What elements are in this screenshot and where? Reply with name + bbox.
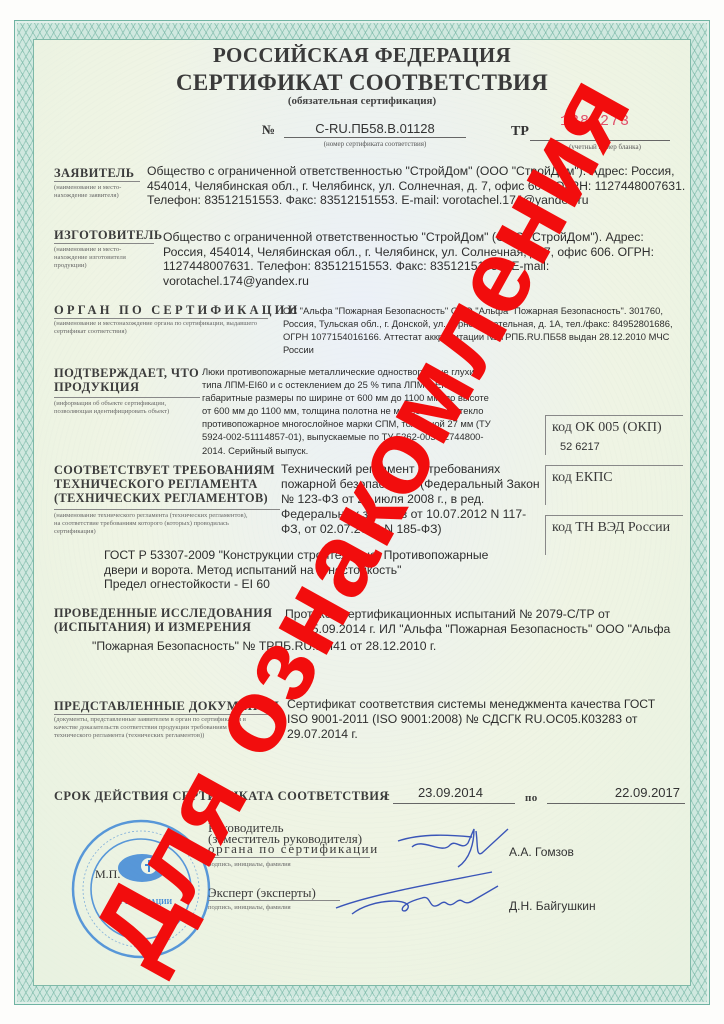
documents-label: ПРЕДСТАВЛЕННЫЕ ДОКУМЕНТЫ bbox=[54, 699, 279, 713]
regulation-label-underline bbox=[54, 509, 280, 510]
certificate-number-caption: (номер сертификата соответствия) bbox=[284, 140, 466, 148]
tests-text-line3: "Пожарная Безопасность" № ТРПБ.RU.ИН41 о… bbox=[92, 639, 436, 654]
svg-text:СЕРТИФИКАЦИИ: СЕРТИФИКАЦИИ bbox=[110, 898, 173, 906]
head-label-3: органа по сертификации bbox=[208, 842, 379, 856]
tests-text-line2: 15.09.2014 г. ИЛ "Альфа "Пожарная Безопа… bbox=[305, 622, 670, 637]
number-prefix: № bbox=[262, 122, 275, 138]
okp-code-label: код ОК 005 (ОКП) bbox=[552, 420, 683, 436]
document-title: СЕРТИФИКАТ СООТВЕТСТВИЯ bbox=[0, 70, 724, 96]
validity-to-line bbox=[547, 803, 685, 804]
applicant-label: ЗАЯВИТЕЛЬ bbox=[54, 166, 134, 180]
certificate-number-line bbox=[284, 137, 466, 138]
manufacturer-text: Общество с ограниченной ответственностью… bbox=[163, 230, 683, 288]
documents-text: Сертификат соответствия системы менеджме… bbox=[287, 697, 679, 742]
applicant-label-underline bbox=[54, 181, 140, 182]
documents-hint: (документы, представленные заявителем в … bbox=[54, 716, 254, 741]
manufacturer-label-underline bbox=[54, 243, 154, 244]
manufacturer-label: ИЗГОТОВИТЕЛЬ bbox=[54, 228, 163, 242]
seal-mark: М.П. bbox=[95, 867, 120, 882]
expert-signature-caption: подпись, инициалы, фамилия bbox=[208, 904, 291, 912]
document-subtitle: (обязательная сертификация) bbox=[0, 95, 724, 107]
product-text: Люки противопожарные металлические однос… bbox=[202, 365, 497, 457]
cert-body-hint: (наименование и местонахождение органа п… bbox=[54, 320, 274, 336]
country-heading: РОССИЙСКАЯ ФЕДЕРАЦИЯ bbox=[0, 43, 724, 68]
ekps-code-label: код ЕКПС bbox=[552, 470, 683, 486]
expert-label: Эксперт (эксперты) bbox=[208, 886, 316, 900]
applicant-text: Общество с ограниченной ответственностью… bbox=[147, 164, 687, 208]
fire-resistance: Предел огнестойкости - EI 60 bbox=[104, 577, 270, 592]
head-name: А.А. Гомзов bbox=[509, 845, 574, 859]
tnved-code-label: код ТН ВЭД России bbox=[552, 520, 683, 536]
regulation-label: СООТВЕТСТВУЕТ ТРЕБОВАНИЯМ ТЕХНИЧЕСКОГО Р… bbox=[54, 463, 289, 505]
product-hint: (информация об объекте сертификации, поз… bbox=[54, 400, 202, 416]
validity-from-line bbox=[393, 803, 515, 804]
head-signature-line bbox=[208, 857, 370, 858]
okp-code-box: код ОК 005 (ОКП) 52 6217 bbox=[545, 415, 683, 455]
cert-body-label-underline bbox=[54, 318, 268, 319]
okp-code-value: 52 6217 bbox=[560, 441, 683, 453]
blank-number: 1386273 bbox=[560, 113, 630, 130]
validity-from-prefix: с bbox=[384, 789, 390, 803]
product-label-underline bbox=[54, 397, 200, 398]
tests-text-line1: Протокол сертификационных испытаний № 20… bbox=[285, 607, 610, 622]
blank-number-caption: (учетный номер бланка) bbox=[540, 143, 670, 151]
tnved-code-box: код ТН ВЭД России bbox=[545, 515, 683, 555]
validity-to-prefix: по bbox=[525, 791, 538, 805]
cert-body-label: ОРГАН ПО СЕРТИФИКАЦИИ bbox=[54, 303, 301, 317]
blank-number-line bbox=[530, 140, 670, 141]
regulation-text: Технический регламент о требованиях пожа… bbox=[281, 462, 543, 537]
validity-from-date: 23.09.2014 bbox=[393, 785, 508, 800]
regulation-standard: ГОСТ Р 53307-2009 "Конструкции строитель… bbox=[104, 548, 524, 577]
expert-name: Д.Н. Байгушкин bbox=[509, 899, 596, 913]
applicant-hint: (наименование и место-нахождение заявите… bbox=[54, 184, 144, 200]
tests-label: ПРОВЕДЕННЫЕ ИССЛЕДОВАНИЯ (ИСПЫТАНИЯ) И И… bbox=[54, 606, 284, 634]
blank-prefix: ТР bbox=[511, 124, 529, 140]
expert-signature-line bbox=[208, 900, 340, 901]
validity-to-date: 22.09.2017 bbox=[560, 785, 680, 800]
certification-stamp-icon: СЕРТИФИКАЦИИ bbox=[70, 818, 212, 960]
certificate-number: C-RU.ПБ58.B.01128 bbox=[284, 121, 466, 136]
regulation-hint: (наименование технического регламента (т… bbox=[54, 512, 254, 537]
cert-body-text: ОС "Альфа "Пожарная Безопасность" ООО "А… bbox=[283, 304, 683, 356]
expert-signature-icon bbox=[332, 868, 507, 920]
documents-label-underline bbox=[54, 714, 280, 715]
product-label: ПОДТВЕРЖДАЕТ, ЧТО ПРОДУКЦИЯ bbox=[54, 366, 204, 394]
manufacturer-hint: (наименование и место-нахождение изготов… bbox=[54, 246, 146, 271]
validity-label: СРОК ДЕЙСТВИЯ СЕРТИФИКАТА СООТВЕТСТВИЯ bbox=[54, 789, 389, 803]
printer-footer: ООО «ПИ ПОЛИТИ» 2013 «ВНЕШНЕЕ» лицензия … bbox=[15, 995, 709, 1000]
ekps-code-box: код ЕКПС bbox=[545, 465, 683, 505]
head-signature-caption: подпись, инициалы, фамилия bbox=[208, 861, 291, 869]
